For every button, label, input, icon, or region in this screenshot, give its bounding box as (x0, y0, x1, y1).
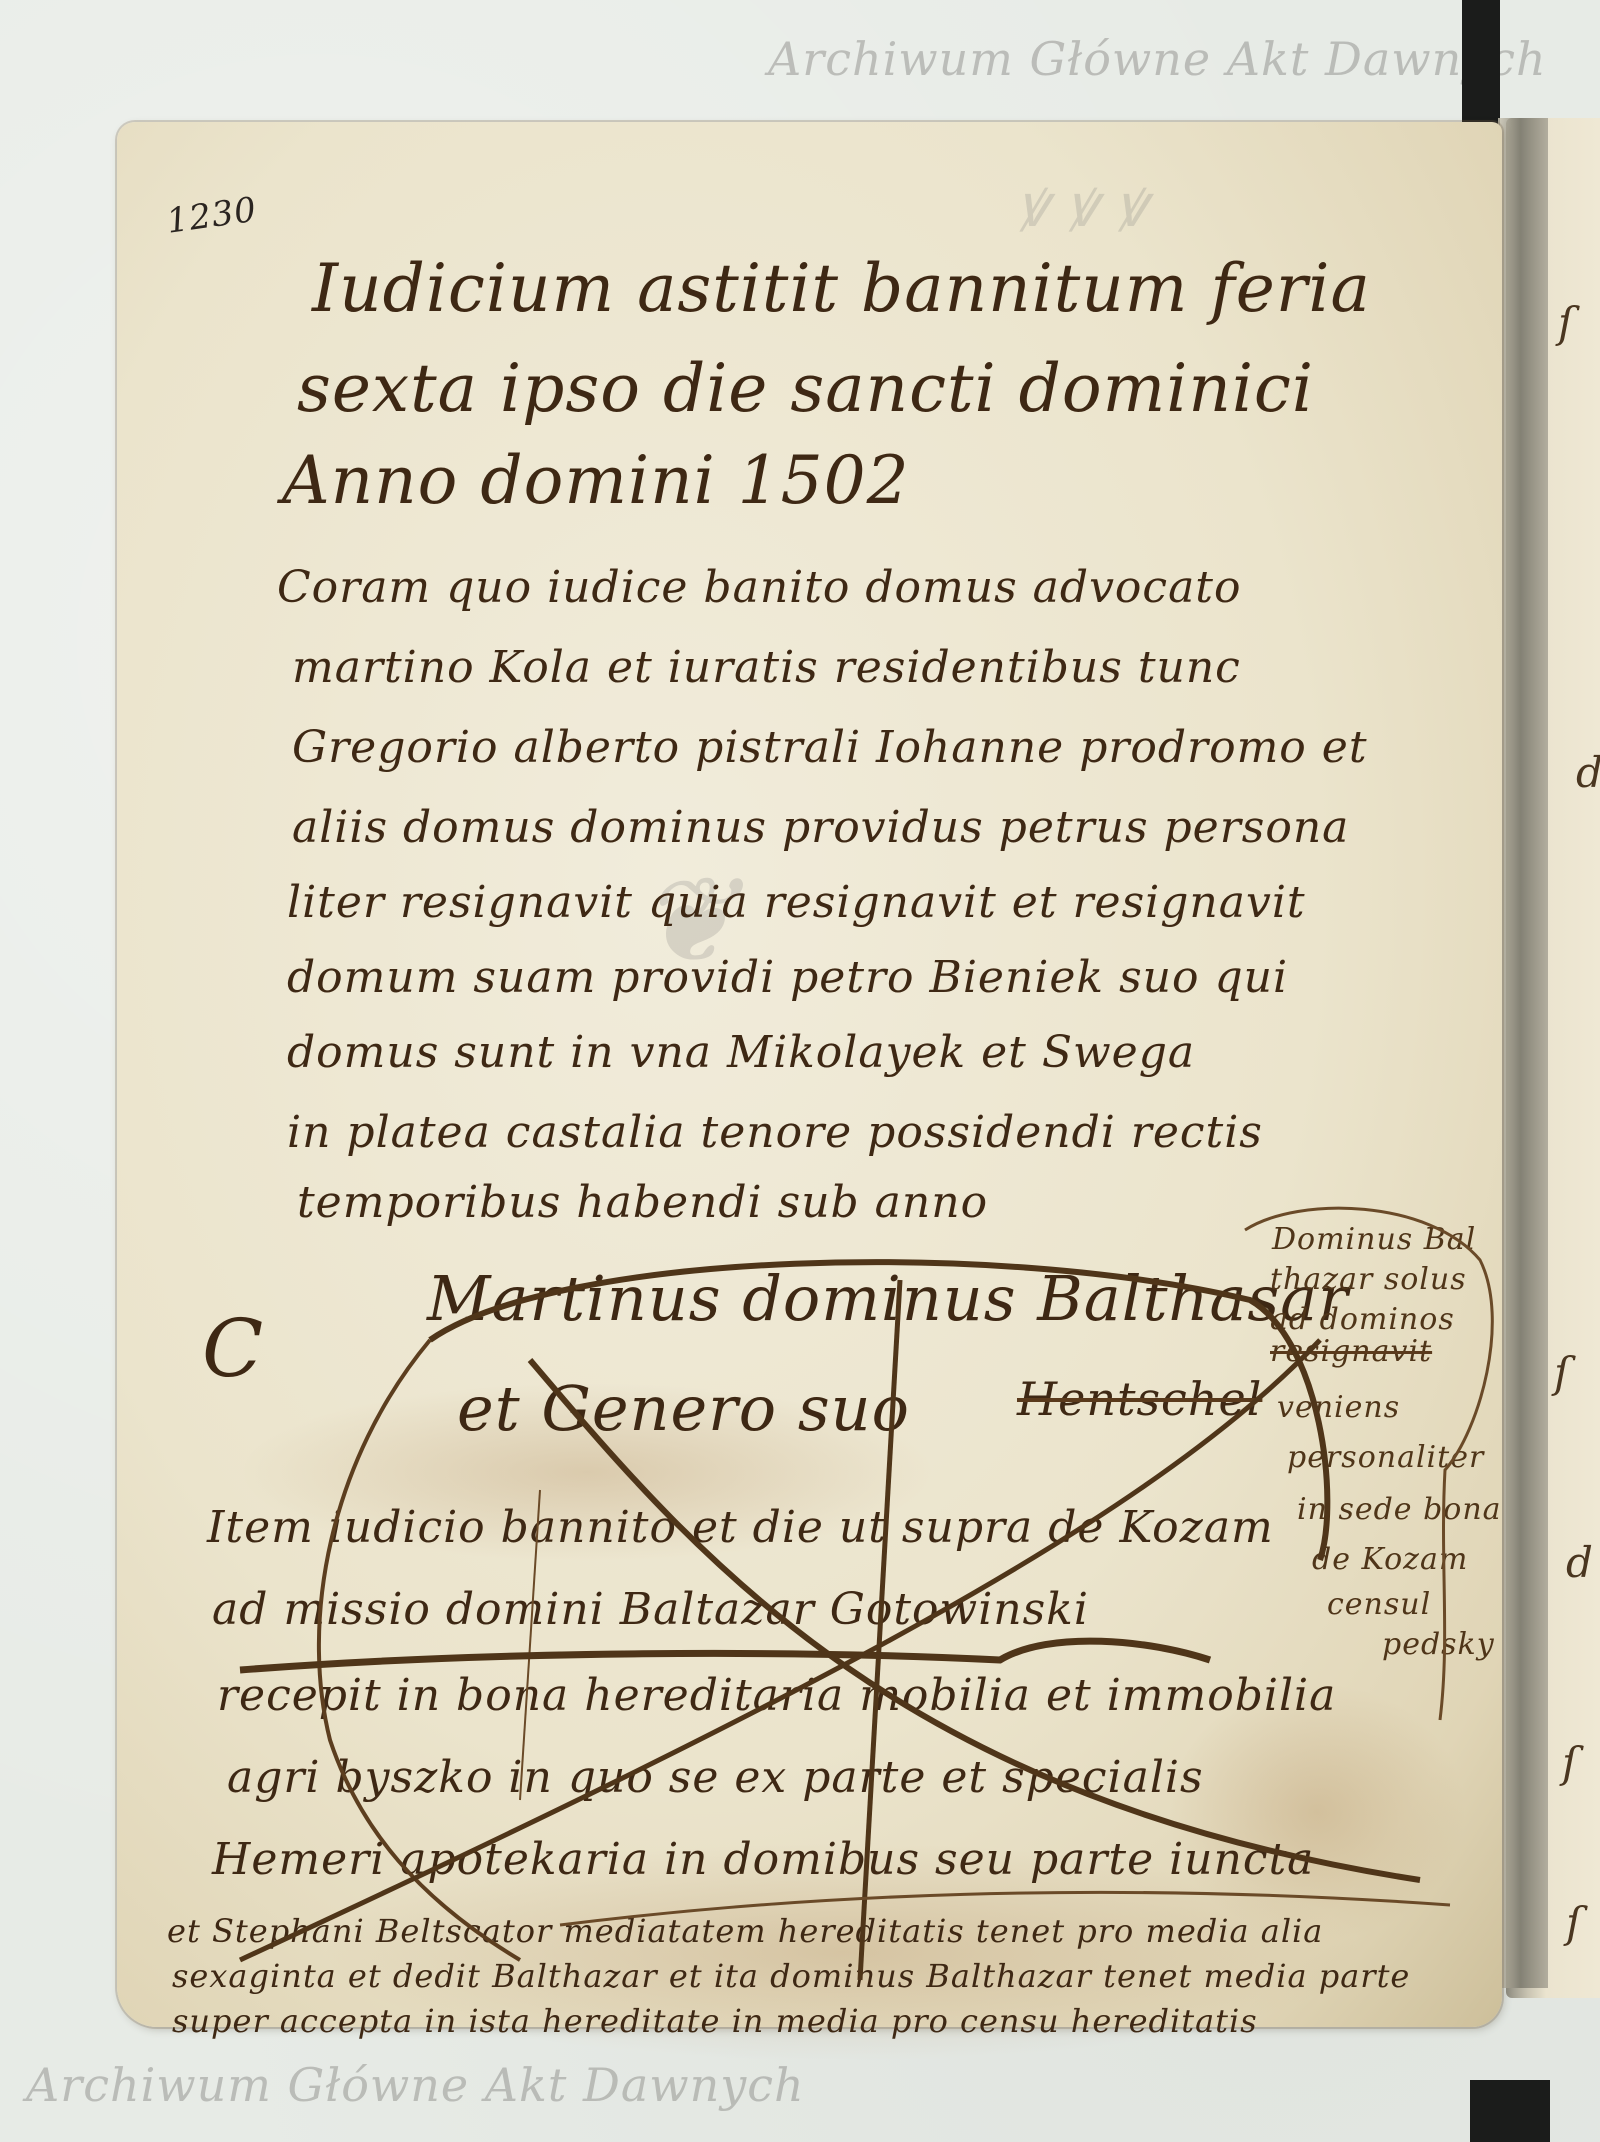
bleed-through-text: ꝟ ꝟ ꝟ (1017, 162, 1146, 244)
facing-page-mark: d (1566, 1538, 1593, 1587)
entry-1-line: Gregorio alberto pistrali Iohanne prodro… (292, 722, 1368, 773)
page-gutter-shadow (1498, 118, 1548, 1988)
facing-page-mark: ſ (1562, 1738, 1578, 1787)
entry-2-line: agri byszko in quo se ex parte et specia… (227, 1752, 1204, 1803)
margin-note-line: de Kozam (1312, 1542, 1468, 1577)
entry-2-line: et Stephani Beltscator mediatatem heredi… (167, 1912, 1323, 1950)
entry-1-line: domus sunt in vna Mikolayek et Swega (287, 1027, 1195, 1078)
entry-2-line: recepit in bona hereditaria mobilia et i… (217, 1670, 1336, 1721)
entry-2-line: Hemeri apotekaria in domibus seu parte i… (212, 1834, 1314, 1885)
binding-strap-bottom (1470, 2080, 1550, 2142)
heading-line-1: Iudicium astitit bannitum feria (312, 250, 1371, 327)
facing-page-mark: ſ (1566, 1898, 1582, 1947)
archive-watermark-top: Archiwum Główne Akt Dawnych (768, 32, 1547, 86)
entry-1-line: domum suam providi petro Bieniek suo qui (287, 952, 1288, 1003)
facing-page-mark: ſ (1558, 298, 1574, 347)
entry-2-line: ad missio domini Baltazar Gotowinski (212, 1584, 1089, 1635)
margin-note-line: censul (1327, 1587, 1431, 1622)
heading-line-2: sexta ipso die sancti dominici (297, 350, 1314, 427)
binding-strap-top (1462, 0, 1500, 128)
margin-note-line: personaliter (1287, 1440, 1484, 1475)
entry-1-line: liter resignavit quia resignavit et resi… (287, 877, 1306, 928)
entry-1-line: Coram quo iudice banito domus advocato (277, 562, 1241, 613)
facing-page-mark: ſ (1554, 1348, 1570, 1397)
archive-watermark-bottom: Archiwum Główne Akt Dawnych (26, 2058, 805, 2112)
margin-note-line: ad dominos (1270, 1302, 1455, 1337)
entry-2-title-line-2: et Genero suo (457, 1372, 910, 1445)
entry-1-line: martino Kola et iuratis residentibus tun… (292, 642, 1241, 693)
entry-2-marker: C (202, 1302, 264, 1395)
margin-note-line: in sede bona (1297, 1492, 1502, 1527)
margin-note-line: pedsky (1382, 1627, 1495, 1662)
margin-note-line: veniens (1277, 1390, 1400, 1425)
entry-2-line: sexaginta et dedit Balthazar et ita domi… (172, 1957, 1410, 1995)
water-stain (1167, 1682, 1467, 1942)
margin-note-struck: resignavit (1270, 1334, 1432, 1369)
entry-2-title-line-1: Martinus dominus Balthasar (427, 1262, 1349, 1335)
folio-number: 1230 (164, 190, 259, 242)
heading-line-3: Anno domini 1502 (282, 442, 910, 519)
entry-2-line: super accepta in ista hereditate in medi… (172, 2002, 1258, 2040)
entry-2-struck-word: Hentschel (1017, 1372, 1262, 1426)
entry-2-line: Item iudicio bannito et die ut supra de … (207, 1502, 1274, 1553)
entry-1-line: temporibus habendi sub anno (297, 1177, 988, 1228)
entry-1-line: in platea castalia tenore possidendi rec… (287, 1107, 1263, 1158)
margin-note-line: thazar solus (1270, 1262, 1467, 1297)
manuscript-page: ꝟ ꝟ ꝟ ❦ 1230 Iudicium astitit bannitum f… (117, 122, 1502, 2027)
entry-1-line: aliis domus dominus providus petrus pers… (292, 802, 1349, 853)
margin-note-line: Dominus Bal (1272, 1222, 1476, 1257)
facing-page-mark: d (1576, 748, 1600, 797)
